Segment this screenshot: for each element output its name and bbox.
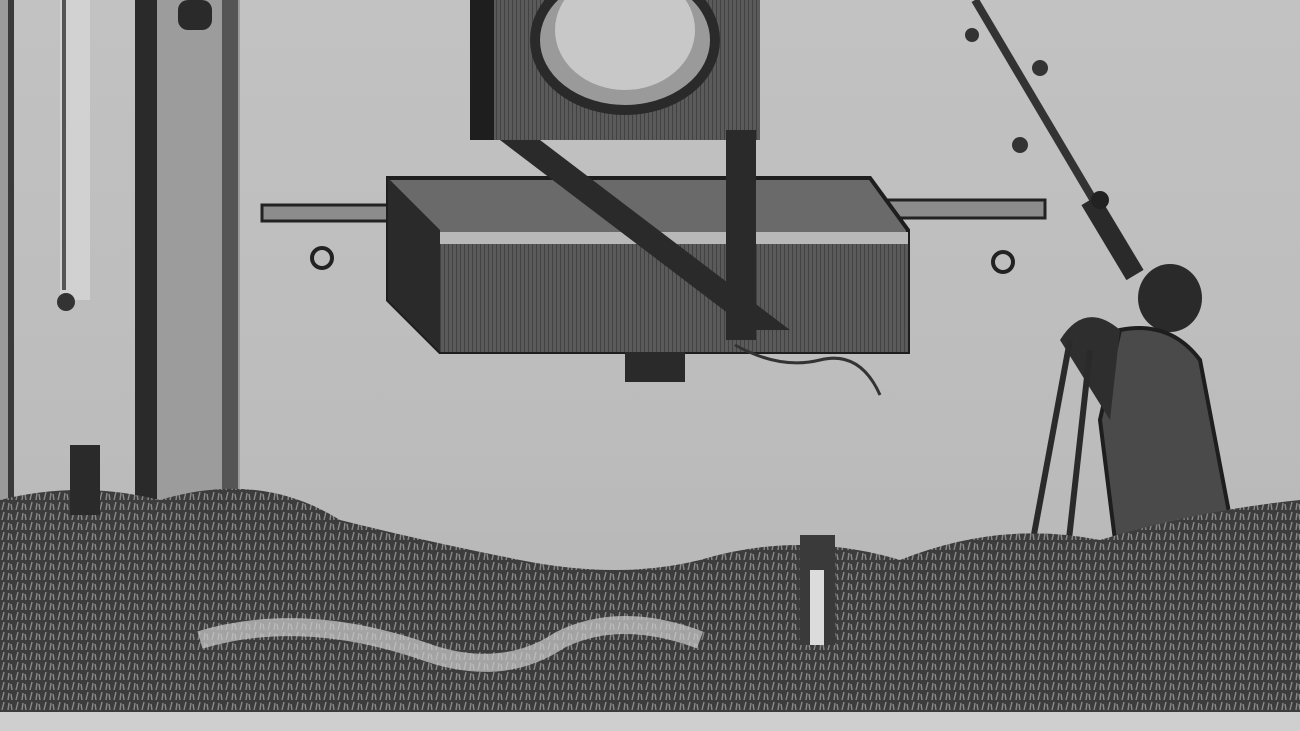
engraving-scene	[0, 0, 1300, 731]
suspended-box	[388, 130, 908, 395]
lens-frame	[470, 0, 760, 140]
left-post	[135, 0, 240, 550]
engraving-artwork	[0, 0, 1300, 731]
telescope-tube	[965, 0, 1135, 275]
